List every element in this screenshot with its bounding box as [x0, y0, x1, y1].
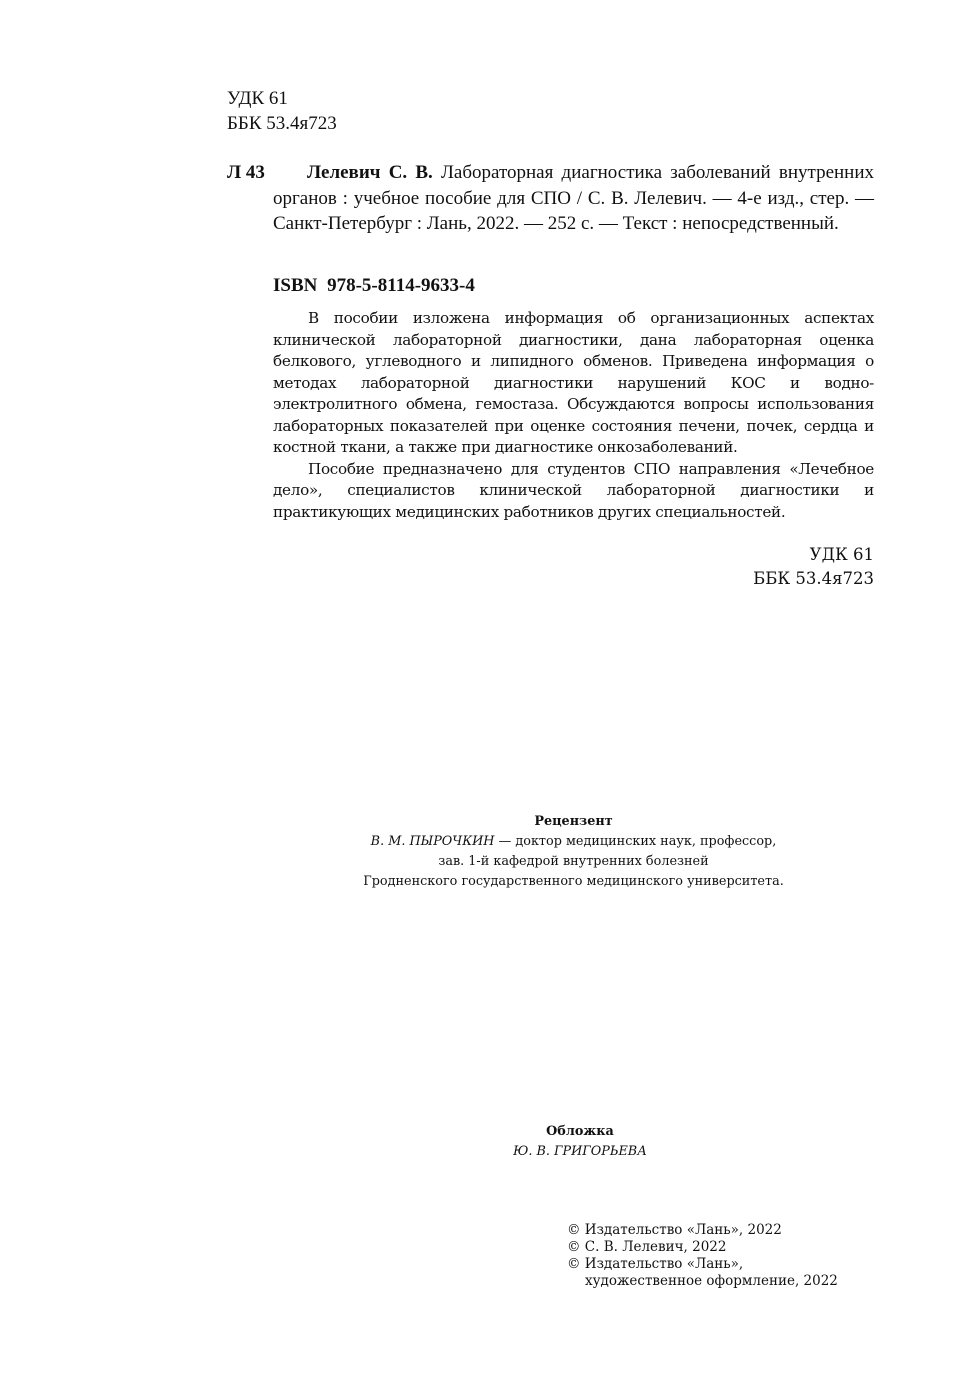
copyright-line: © С. В. Лелевич, 2022	[567, 1239, 838, 1256]
copyright-block: © Издательство «Лань», 2022 © С. В. Леле…	[567, 1222, 838, 1290]
reviewer-university: Гродненского государственного медицинско…	[330, 872, 817, 892]
copyright-line: © Издательство «Лань», 2022	[567, 1222, 838, 1239]
bbk-code: ББК 53.4я723	[700, 567, 874, 591]
copyright-line: © Издательство «Лань»,	[567, 1256, 838, 1273]
isbn: ISBN 978-5-8114-9633-4	[273, 275, 475, 297]
udk-code: УДК 61	[700, 543, 874, 567]
reviewer-line: В. М. ПЫРОЧКИН — доктор медицинских наук…	[330, 832, 817, 852]
annotation: В пособии изложена информация об организ…	[273, 308, 874, 523]
reviewer-title: Рецензент	[330, 812, 817, 832]
cover-designer: Ю. В. ГРИГОРЬЕВА	[480, 1142, 680, 1162]
author-name: Лелевич С. В.	[307, 162, 433, 183]
annotation-paragraph: В пособии изложена информация об организ…	[273, 308, 874, 459]
udk-code: УДК 61	[227, 86, 337, 111]
cover-title: Обложка	[480, 1122, 680, 1142]
copyright-line: художественное оформление, 2022	[567, 1273, 838, 1290]
bibliographic-description: Лелевич С. В. Лабораторная диагностика з…	[273, 160, 874, 237]
reviewer-position: зав. 1-й кафедрой внутренних болезней	[330, 852, 817, 872]
classification-codes-top: УДК 61 ББК 53.4я723	[227, 86, 337, 136]
reviewer-name: В. М. ПЫРОЧКИН	[371, 834, 495, 849]
bibliographic-entry: Л 43 Лелевич С. В. Лабораторная диагност…	[227, 160, 874, 237]
classification-codes-bottom: УДК 61 ББК 53.4я723	[700, 543, 874, 591]
reviewer-credentials: — доктор медицинских наук, профессор,	[494, 834, 776, 849]
cover-credit: Обложка Ю. В. ГРИГОРЬЕВА	[480, 1122, 680, 1162]
bbk-code: ББК 53.4я723	[227, 111, 337, 136]
reviewer-block: Рецензент В. М. ПЫРОЧКИН — доктор медици…	[330, 812, 817, 892]
author-mark: Л 43	[227, 160, 265, 186]
annotation-paragraph: Пособие предназначено для студентов СПО …	[273, 459, 874, 524]
